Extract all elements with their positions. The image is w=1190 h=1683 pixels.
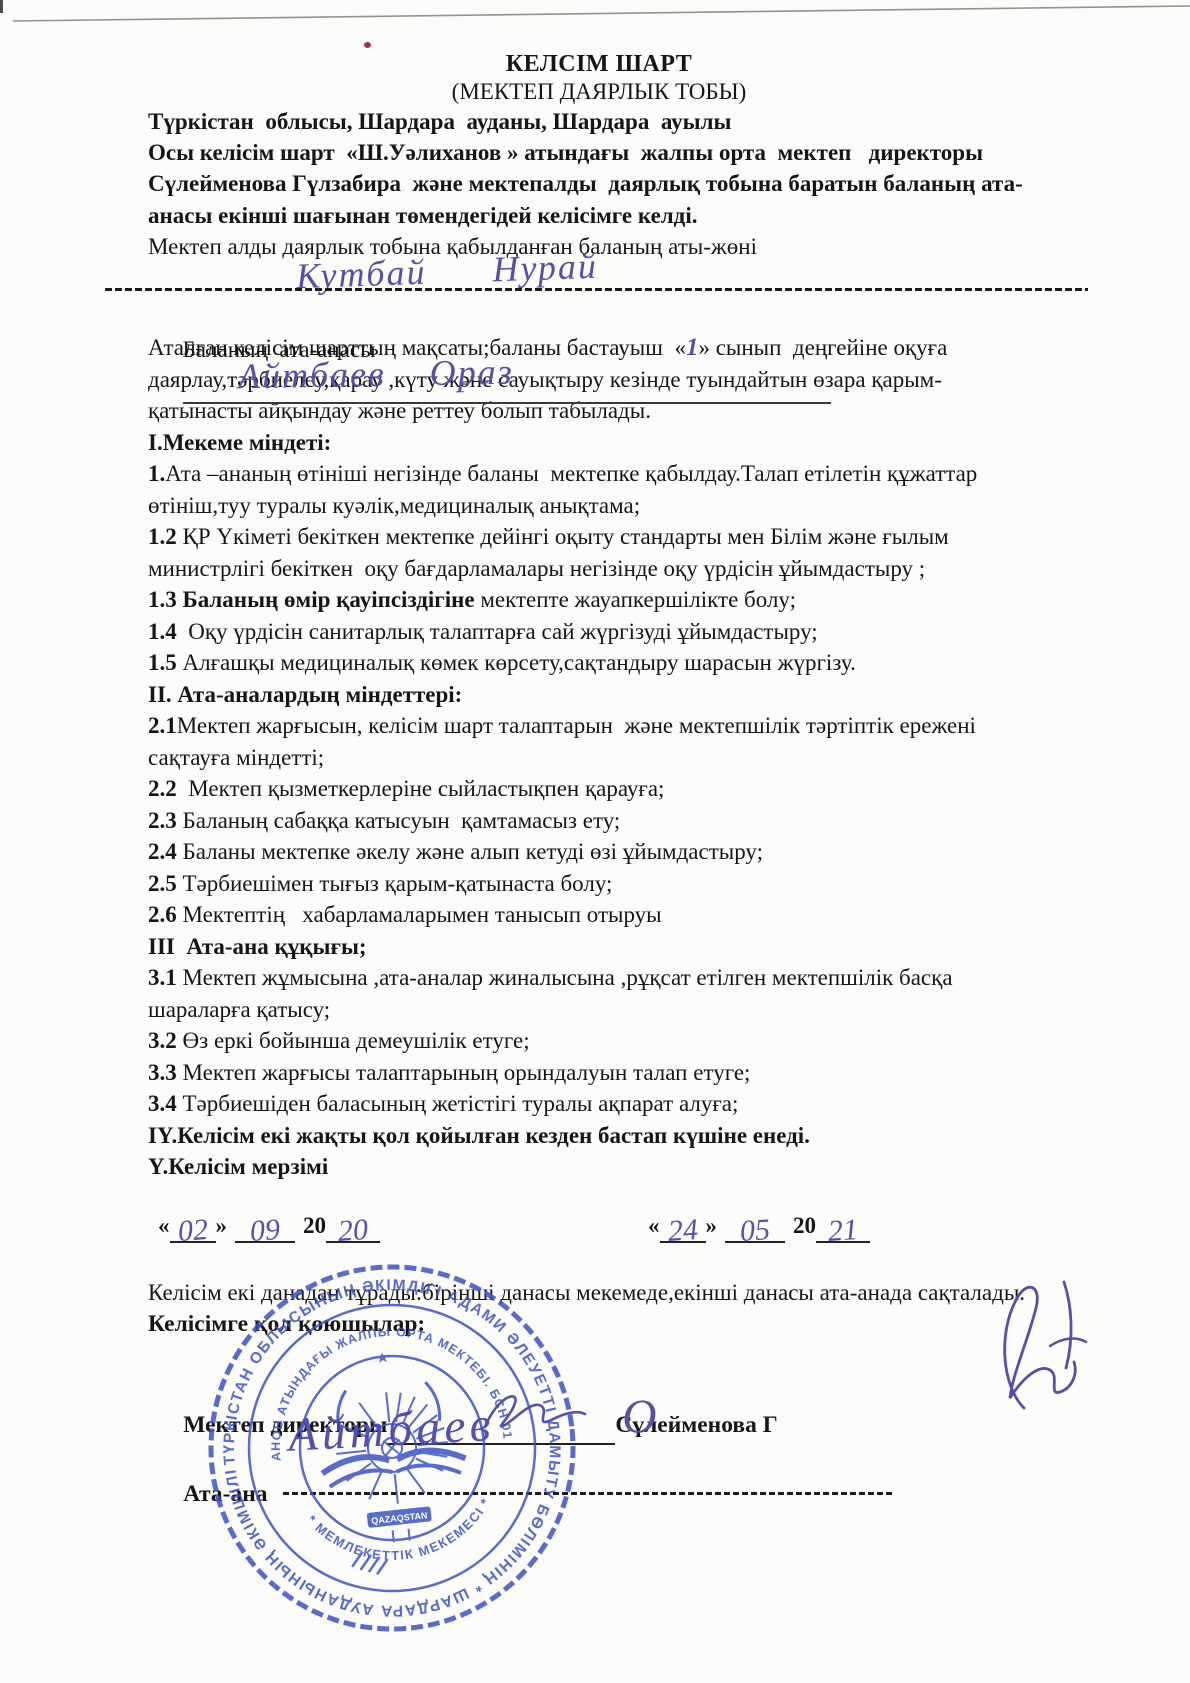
line-text: 3.3 [148, 1060, 177, 1085]
scanned-contract-page: КЕЛСІМ ШАРТ (МЕКТЕП ДАЯРЛЫК ТОБЫ) Түркіс… [0, 0, 1190, 1683]
document-body: КЕЛСІМ ШАРТ (МЕКТЕП ДАЯРЛЫК ТОБЫ) Түркіс… [148, 50, 1050, 1473]
document-line: 2.6 Мектептің хабарламаларымен танысып о… [148, 899, 1050, 931]
line-text: 2.4 [148, 839, 177, 864]
document-line: 1.Ата –ананың өтініші негізінде баланы м… [148, 458, 1050, 490]
line-text: ҚР Үкіметі бекіткен мектепке дейінгі оқы… [177, 524, 949, 549]
month-slot: 05 [725, 1211, 785, 1243]
handwritten-end-year: 21 [827, 1213, 859, 1249]
line-text: Сүлейменова Гүлзабира және мектепалды да… [148, 171, 1023, 196]
line-text: 1.3 Баланың өмір қауіпсіздігіне [148, 587, 475, 612]
document-line: Осы келісім шарт «Ш.Уәлиханов » атындағы… [148, 137, 1050, 168]
document-line: 1.2 ҚР Үкіметі бекіткен мектепке дейінгі… [148, 521, 1050, 553]
line-text: Мектеп қызметкерлеріне сыйластықпен қара… [177, 776, 665, 801]
date-end: «24»052021 [648, 1209, 870, 1243]
document-line: ІІ. Ата-аналардың міндеттері: [148, 679, 1050, 711]
document-subtitle: (МЕКТЕП ДАЯРЛЫК ТОБЫ) [148, 78, 1050, 106]
line-text: Өз еркі бойынша демеушілік етуге; [177, 1028, 530, 1053]
document-line: 1.4 Оқу үрдісін санитарлық талаптарға са… [148, 616, 1050, 648]
day-slot: 24 [660, 1211, 706, 1243]
handwritten-start-month: 09 [249, 1213, 281, 1249]
handwritten-parent-name: Айтбаев Ораз [237, 354, 513, 395]
handwritten-grade-digit: 1 [686, 334, 699, 361]
line-text: сақтауға міндетті; [148, 745, 324, 770]
year-prefix: 20 [303, 1213, 326, 1238]
line-text: ІY.Келісім екі жақты қол қойылған кезден… [148, 1123, 810, 1148]
line-text: Мектеп жұмысына ,ата-аналар жиналысына ,… [177, 965, 953, 990]
document-line: 3.4 Тәрбиешіден баласының жетістігі тура… [148, 1088, 1050, 1120]
document-line: өтініш,туу туралы куәлік,медициналық аны… [148, 490, 1050, 522]
document-line: 1.3 Баланың өмір қауіпсіздігіне мектепте… [148, 584, 1050, 616]
line-text: Мектептің хабарламаларымен танысып отыру… [177, 902, 662, 927]
document-line: 2.1Мектеп жарғысын, келісім шарт талапта… [148, 710, 1050, 742]
document-line: Мектеп алды даярлык тобына қабылданған б… [148, 231, 1050, 262]
line-text: 2.2 [148, 776, 177, 801]
document-line: І.Мекеме міндеті: [148, 427, 1050, 459]
child-name-row: Кутбай Нурай [148, 262, 1050, 296]
stamp-inner-ring-bottom-text: * МЕМЛЕКЕТТІК МЕКЕМЕСІ * [303, 1494, 498, 1573]
scan-edge-line [0, 0, 1190, 30]
line-text: Ата –ананың өтініші негізінде баланы мек… [165, 461, 977, 486]
parent-flourish-signature [972, 1276, 1107, 1421]
open-quote: « [158, 1213, 170, 1238]
document-line: анасы екінші шағынан төмендегідей келісі… [148, 200, 1050, 231]
line-text: Баланы мектепке әкелу және алып кетуді ө… [177, 839, 763, 864]
line-text: Түркістан облысы, Шардара ауданы, Шардар… [148, 109, 732, 134]
line-text: ІІІ Ата-ана құқығы; [148, 934, 367, 959]
document-line: 3.2 Өз еркі бойынша демеушілік етуге; [148, 1025, 1050, 1057]
line-text: шараларға қатысу; [148, 997, 330, 1022]
year-prefix: 20 [793, 1213, 816, 1238]
document-line: Сүлейменова Гүлзабира және мектепалды да… [148, 168, 1050, 199]
official-stamp: ТҮРКІСТАН ОБЛЫСЫНЫҢ ӘКІМДІГІ АДАМИ ӘЛЕУЕ… [183, 1239, 601, 1657]
parent-name-row: Баланың ата-анасы Айтбаев Ораз [148, 296, 1050, 332]
svg-text:* МЕМЛЕКЕТТІК МЕКЕМЕСІ *: * МЕМЛЕКЕТТІК МЕКЕМЕСІ * [303, 1494, 498, 1573]
line-text: мектепте жауапкершілікте болу; [475, 587, 796, 612]
line-text: І.Мекеме міндеті: [148, 430, 331, 455]
line-text: Мектеп жарғысын, келісім шарт талаптарын… [177, 713, 976, 738]
line-text: 1. [148, 461, 165, 486]
document-title: КЕЛСІМ ШАРТ [148, 50, 1050, 78]
document-line: ІY.Келісім екі жақты қол қойылған кезден… [148, 1120, 1050, 1152]
open-quote: « [648, 1213, 660, 1238]
line-text: 1.2 [148, 524, 177, 549]
red-ink-dot [364, 42, 371, 48]
parent-fill-line: Айтбаев Ораз [183, 372, 831, 404]
document-line: 2.5 Тәрбиешімен тығыз қарым-қатынаста бо… [148, 868, 1050, 900]
line-text: анасы екінші шағынан төмендегідей келісі… [148, 203, 697, 228]
document-line: ІІІ Ата-ана құқығы; [148, 931, 1050, 963]
line-text: 2.3 [148, 808, 177, 833]
handwritten-end-day: 24 [666, 1213, 698, 1249]
year-slot: 20 [326, 1211, 380, 1243]
line-text: 3.1 [148, 965, 177, 990]
line-text: 3.4 [148, 1091, 177, 1116]
close-quote: » [706, 1213, 718, 1238]
handwritten-start-year: 20 [337, 1213, 369, 1249]
month-slot: 09 [235, 1211, 295, 1243]
document-line: 3.1 Мектеп жұмысына ,ата-аналар жиналысы… [148, 962, 1050, 994]
line-text: Мектеп жарғысы талаптарының орындалуын т… [177, 1060, 751, 1085]
document-line: шараларға қатысу; [148, 994, 1050, 1026]
dashed-fill-line [105, 288, 1088, 291]
document-line: министрлігі бекіткен оқу бағдарламалары … [148, 553, 1050, 585]
document-line: 2.4 Баланы мектепке әкелу және алып кету… [148, 836, 1050, 868]
day-slot: 02 [170, 1211, 216, 1243]
line-text: Тәрбиешімен тығыз қарым-қатынаста болу; [177, 871, 613, 896]
document-line: сақтауға міндетті; [148, 742, 1050, 774]
line-text: Тәрбиешіден баласының жетістігі туралы а… [177, 1091, 739, 1116]
line-text: 3.2 [148, 1028, 177, 1053]
line-text: ІІ. Ата-аналардың міндеттері: [148, 682, 462, 707]
line-text: » сынып деңгейіне оқуға [698, 335, 947, 360]
line-text: 2.6 [148, 902, 177, 927]
line-text: 1.5 [148, 650, 177, 675]
line-text: Баланың сабаққа катысуын қамтамасыз ету; [177, 808, 621, 833]
intro-paragraphs: Түркістан облысы, Шардара ауданы, Шардар… [148, 106, 1050, 262]
line-text: Осы келісім шарт «Ш.Уәлиханов » атындағы… [148, 140, 983, 165]
line-text: Оқу үрдісін санитарлық талаптарға сай жү… [177, 619, 818, 644]
line-text: өтініш,туу туралы куәлік,медициналық аны… [148, 493, 640, 518]
document-line: Түркістан облысы, Шардара ауданы, Шардар… [148, 106, 1050, 137]
line-text: министрлігі бекіткен оқу бағдарламалары … [148, 556, 925, 581]
line-text: 2.1 [148, 713, 177, 738]
line-text: 2.5 [148, 871, 177, 896]
line-text: 1.4 [148, 619, 177, 644]
handwritten-start-day: 02 [176, 1213, 208, 1249]
document-line: 2.2 Мектеп қызметкерлеріне сыйластықпен … [148, 773, 1050, 805]
document-line: 3.3 Мектеп жарғысы талаптарының орындалу… [148, 1057, 1050, 1089]
contract-clauses: Аталған келісім шарттың мақсаты;баланы б… [148, 332, 1050, 1183]
document-line: 1.5 Алғашқы медициналық көмек көрсету,са… [148, 647, 1050, 679]
close-quote: » [216, 1213, 228, 1238]
document-line: Y.Келісім мерзімі [148, 1151, 1050, 1183]
document-line: 2.3 Баланың сабаққа катысуын қамтамасыз … [148, 805, 1050, 837]
line-text: Y.Келісім мерзімі [148, 1154, 328, 1179]
date-start: «02»092020 [158, 1209, 380, 1243]
handwritten-end-month: 05 [739, 1213, 771, 1249]
line-text: Алғашқы медициналық көмек көрсету,сақтан… [177, 650, 856, 675]
scan-corner-mark [0, 0, 3, 13]
year-slot: 21 [816, 1211, 870, 1243]
dates-row: «02»092020 «24»052021 [148, 1209, 1050, 1243]
